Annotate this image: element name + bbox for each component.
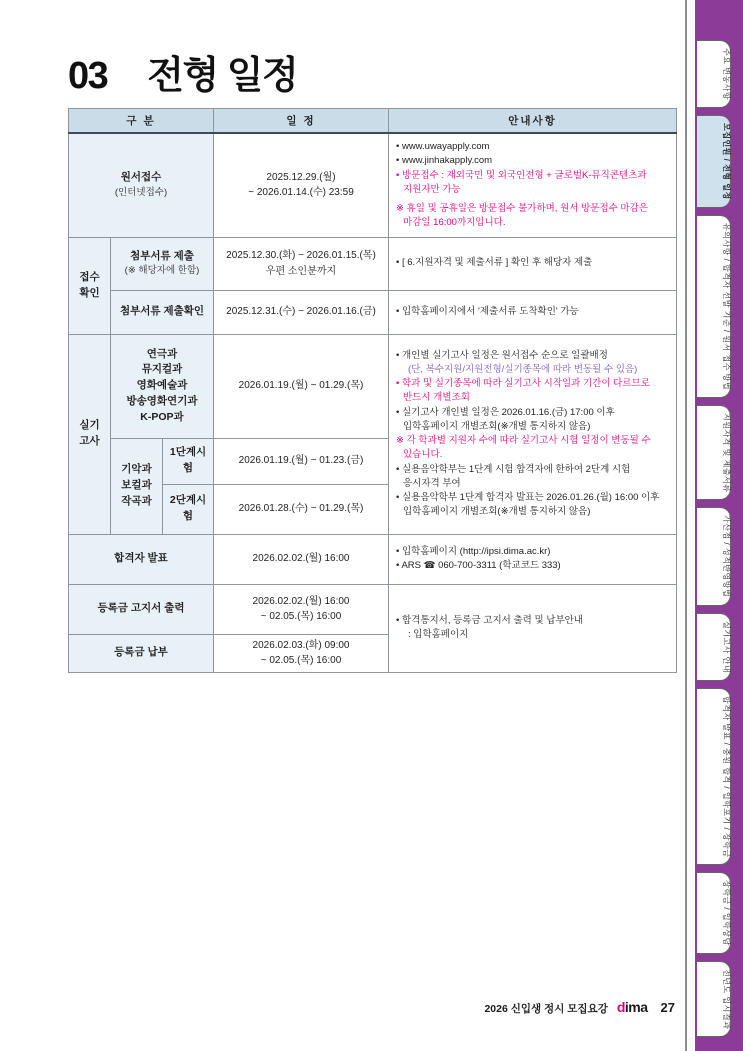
tuition-bill-schedule: 2026.02.02.(월) 16:00 ~ 02.05.(목) 16:00 [214, 584, 389, 634]
attachment-confirm-label: 첨부서류 제출확인 [113, 304, 211, 320]
note-line: • ARS ☎ 060-700-3311 (학교코드 333) [396, 559, 669, 573]
attachment-submit-sublabel: (※ 해당자에 한함) [113, 264, 211, 278]
note-line: • 실기고사 개인별 일정은 2026.01.16.(금) 17:00 이후 입… [396, 406, 669, 435]
practical-group-label: 실기 고사 [71, 418, 108, 450]
tuition-payment-schedule: 2026.02.03.(화) 09:00 ~ 02.05.(목) 16:00 [214, 634, 389, 672]
attachment-submit-cell: 첨부서류 제출 (※ 해당자에 한함) [111, 237, 214, 290]
header-schedule: 일 정 [214, 109, 389, 134]
tuition-notes-cell: • 합격통지서, 등록금 고지서 출력 및 납부안내 : 입학홈페이지 [389, 584, 677, 672]
application-category-cell: 원서접수 (인터넷접수) [69, 133, 214, 237]
header-category: 구 분 [69, 109, 214, 134]
stage2-cell: 2단계시험 [163, 484, 214, 534]
sidebar-tab-major-changes[interactable]: 주요 변동사항 [697, 40, 731, 108]
note-line: : 입학홈페이지 [396, 628, 669, 642]
header-notes: 안내사항 [389, 109, 677, 134]
page-title: 전형 일정 [147, 44, 297, 99]
page-header: 03 전형 일정 [68, 44, 297, 99]
footer-doc-name: 2026 신입생 정시 모집요강 [484, 1001, 607, 1016]
dima-logo-rest: ima [625, 999, 648, 1015]
practical-depts-a-schedule: 2026.01.19.(월) ~ 01.29.(목) [214, 334, 389, 438]
note-line: (단, 복수지원/지원전형/실기종목에 따라 변동될 수 있음) [396, 363, 669, 377]
sidebar-tab-announcement-waitlist[interactable]: 합격자 발표 / 충원 합격 / 입학포기 / 장학금 [697, 688, 731, 866]
section-tab-bar: 주요 변동사항 모집인원 / 전형 일정 유의사항 / 합격자 선발 기준 / … [697, 40, 734, 1037]
stage2-label: 2단계시험 [165, 493, 211, 525]
note-line: • 실용음악학부는 1단계 시험 합격자에 한하여 2단계 시험 응시자격 부여 [396, 463, 669, 492]
page-edge-line [685, 0, 687, 1051]
page-number: 27 [661, 1000, 675, 1015]
note-line: • 개인별 실기고사 일정은 원서접수 순으로 일괄배정 [396, 349, 669, 363]
tuition-payment-cell: 등록금 납부 [69, 634, 214, 672]
row-attachment-confirm: 첨부서류 제출확인 2025.12.31.(수) ~ 2026.01.16.(금… [69, 290, 677, 334]
announcement-notes-cell: • 입학홈페이지 (http://ipsi.dima.ac.kr) • ARS … [389, 534, 677, 584]
practical-notes-cell: • 개인별 실기고사 일정은 원서접수 순으로 일괄배정 (단, 복수지원/지원… [389, 334, 677, 534]
practical-depts-b-label: 기악과 보컬과 작곡과 [113, 462, 160, 509]
attachment-submit-schedule: 2025.12.30.(화) ~ 2026.01.15.(목) 우편 소인분까지 [214, 237, 389, 290]
note-line: • www.uwayapply.com [396, 140, 669, 154]
attachment-confirm-notes-cell: • 입학홈페이지에서 '제출서류 도착확인' 가능 [389, 290, 677, 334]
practical-depts-b-cell: 기악과 보컬과 작곡과 [111, 438, 163, 534]
note-line: • [ 6.지원자격 및 제출서류 ] 확인 후 해당자 제출 [396, 256, 669, 270]
row-attachment-submit: 접수 확인 첨부서류 제출 (※ 해당자에 한함) 2025.12.30.(화)… [69, 237, 677, 290]
note-line: • 실용음악학부 1단계 합격자 발표는 2026.01.26.(월) 16:0… [396, 491, 669, 520]
announcement-label: 합격자 발표 [71, 551, 211, 567]
note-line: • 입학홈페이지에서 '제출서류 도착확인' 가능 [396, 305, 669, 319]
receipt-group-label: 접수 확인 [71, 270, 108, 302]
sidebar-tab-qualification-documents[interactable]: 지원자격 및 제출서류 [697, 405, 731, 501]
row-application: 원서접수 (인터넷접수) 2025.12.29.(월) ~ 2026.01.14… [69, 133, 677, 237]
stage1-schedule: 2026.01.19.(월) ~ 01.23.(금) [214, 438, 389, 484]
application-label: 원서접수 [71, 170, 211, 186]
dima-logo-d: d [617, 999, 625, 1015]
stage2-schedule: 2026.01.28.(수) ~ 01.29.(목) [214, 484, 389, 534]
tuition-bill-label: 등록금 고지서 출력 [71, 601, 211, 617]
attachment-submit-notes-cell: • [ 6.지원자격 및 제출서류 ] 확인 후 해당자 제출 [389, 237, 677, 290]
receipt-group-cell: 접수 확인 [69, 237, 111, 334]
table-header-row: 구 분 일 정 안내사항 [69, 109, 677, 134]
application-schedule: 2025.12.29.(월) ~ 2026.01.14.(수) 23:59 [214, 133, 389, 237]
note-line: ※ 휴일 및 공휴일은 방문접수 불가하며, 원서 방문접수 마감은 마감일 1… [396, 202, 669, 231]
sidebar-tab-scholarship-counsel[interactable]: 장학금 / 입학상담 [697, 872, 731, 954]
practical-group-cell: 실기 고사 [69, 334, 111, 534]
note-line: ※ 각 학과별 지원자 수에 따라 실기고사 시험 일정이 변동될 수 있습니다… [396, 434, 669, 463]
sidebar-tab-previous-results[interactable]: 전년도 입시결과 [697, 961, 731, 1037]
note-line: • 학과 및 실기종목에 따라 실기고사 시작일과 기간이 다르므로 반드시 개… [396, 377, 669, 406]
sidebar-tab-notice-selection-apply[interactable]: 유의사항 / 합격자 선발 기준 / 원서 접수 방법 [697, 215, 731, 398]
sidebar-tab-bonus-grading[interactable]: 가산점 / 성적반영방법 [697, 507, 731, 605]
application-sublabel: (인터넷접수) [71, 186, 211, 200]
stage1-label: 1단계시험 [165, 445, 211, 477]
practical-depts-a-label: 연극과 뮤지컬과 영화예술과 방송영화연기과 K-POP과 [113, 347, 211, 426]
row-tuition-bill: 등록금 고지서 출력 2026.02.02.(월) 16:00 ~ 02.05.… [69, 584, 677, 634]
announcement-cell: 합격자 발표 [69, 534, 214, 584]
row-practical-group-a: 실기 고사 연극과 뮤지컬과 영화예술과 방송영화연기과 K-POP과 2026… [69, 334, 677, 438]
stage1-cell: 1단계시험 [163, 438, 214, 484]
practical-depts-a-cell: 연극과 뮤지컬과 영화예술과 방송영화연기과 K-POP과 [111, 334, 214, 438]
attachment-submit-label: 첨부서류 제출 [113, 249, 211, 265]
attachment-confirm-schedule: 2025.12.31.(수) ~ 2026.01.16.(금) [214, 290, 389, 334]
application-notes-cell: • www.uwayapply.com • www.jinhakapply.co… [389, 133, 677, 237]
sidebar-tab-recruitment-schedule[interactable]: 모집인원 / 전형 일정 [697, 115, 731, 208]
note-line: • www.jinhakapply.com [396, 154, 669, 168]
tuition-bill-cell: 등록금 고지서 출력 [69, 584, 214, 634]
note-line: • 방문접수 : 재외국민 및 외국인전형 + 글로벌K-뮤직콘텐츠과 지원자만… [396, 169, 669, 198]
section-number: 03 [68, 55, 107, 98]
note-line: • 입학홈페이지 (http://ipsi.dima.ac.kr) [396, 545, 669, 559]
row-announcement: 합격자 발표 2026.02.02.(월) 16:00 • 입학홈페이지 (ht… [69, 534, 677, 584]
announcement-schedule: 2026.02.02.(월) 16:00 [214, 534, 389, 584]
admission-schedule-table: 구 분 일 정 안내사항 원서접수 (인터넷접수) 2025.12.29.(월)… [68, 108, 677, 673]
attachment-confirm-cell: 첨부서류 제출확인 [111, 290, 214, 334]
page-footer: 2026 신입생 정시 모집요강 dima 27 [484, 999, 675, 1016]
note-line: • 합격통지서, 등록금 고지서 출력 및 납부안내 [396, 614, 669, 628]
sidebar-tab-practical-exam-guide[interactable]: 실기고사 안내 [697, 613, 731, 681]
tuition-payment-label: 등록금 납부 [71, 645, 211, 661]
dima-logo: dima [617, 999, 648, 1015]
